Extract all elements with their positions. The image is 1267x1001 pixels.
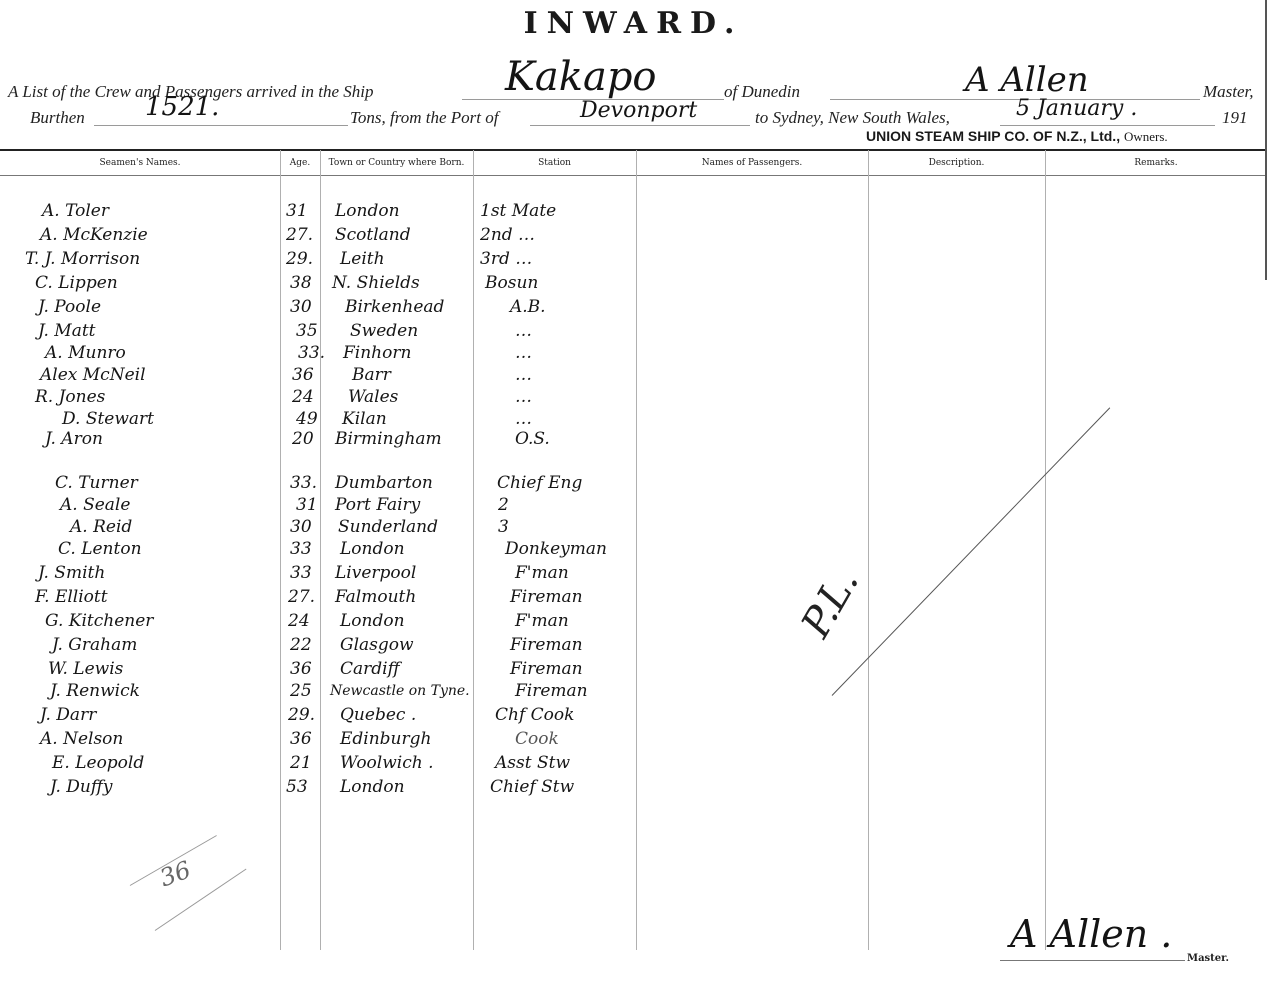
crew-birthplace: Sweden <box>350 320 418 342</box>
crew-birthplace: Glasgow <box>340 634 414 656</box>
crew-birthplace: Woolwich . <box>340 752 434 774</box>
crew-name: A. Munro <box>45 342 126 364</box>
crew-birthplace: Falmouth <box>335 586 416 608</box>
burthen-label: Burthen <box>30 108 85 128</box>
arrival-date-value: 5 January . <box>1016 96 1137 121</box>
crew-name: A. Reid <box>70 516 132 538</box>
footer-master-label: Master. <box>1187 953 1229 964</box>
crew-age: 27. <box>286 224 313 246</box>
crew-station: … <box>515 364 532 386</box>
crew-station: Bosun <box>485 272 538 294</box>
crew-birthplace: Scotland <box>335 224 411 246</box>
crew-name: R. Jones <box>35 386 105 408</box>
crew-name: C. Lenton <box>58 538 142 560</box>
crew-station: Chief Stw <box>490 776 574 798</box>
crew-name: J. Graham <box>52 634 137 656</box>
crew-count-annotation: 36 <box>156 856 194 893</box>
crew-age: 33 <box>290 538 312 560</box>
crew-age: 29. <box>286 248 313 270</box>
crew-name: A. McKenzie <box>40 224 148 246</box>
master-name-value: A Allen <box>965 60 1089 100</box>
burthen-rule <box>94 125 348 126</box>
col-header-born: Town or Country where Born. <box>320 150 473 176</box>
tons-from-port-label: Tons, from the Port of <box>350 108 498 128</box>
crew-birthplace: London <box>340 538 405 560</box>
crew-age: 25 <box>290 680 312 702</box>
crew-birthplace: Finhorn <box>343 342 411 364</box>
crew-name: C. Lippen <box>35 272 118 294</box>
column-divider <box>320 150 321 950</box>
port-rule <box>530 125 750 126</box>
column-divider <box>473 150 474 950</box>
crew-name: A. Toler <box>42 200 109 222</box>
crew-age: 21 <box>290 752 312 774</box>
crew-age: 24 <box>288 610 310 632</box>
crew-station: Chief Eng <box>497 472 582 494</box>
crew-station: F'man <box>515 562 569 584</box>
departure-port-value: Devonport <box>580 98 697 123</box>
crew-birthplace: Birmingham <box>335 428 442 450</box>
col-header-seamen-names: Seamen's Names. <box>0 150 280 176</box>
crew-station: Fireman <box>515 680 588 702</box>
col-header-station: Station <box>473 150 636 176</box>
crew-birthplace: Barr <box>352 364 391 386</box>
owner-company: UNION STEAM SHIP CO. OF N.Z., Ltd., <box>866 128 1120 144</box>
crew-birthplace: Sunderland <box>338 516 438 538</box>
crew-name: J. Darr <box>40 704 96 726</box>
cancellation-stroke <box>832 407 1111 695</box>
column-divider <box>868 150 869 950</box>
document-title: INWARD. <box>0 6 1267 41</box>
crew-name: J. Smith <box>38 562 105 584</box>
year-prefix: 191 <box>1222 108 1248 128</box>
crew-age: 53 <box>286 776 308 798</box>
crew-name: W. Lewis <box>48 658 123 680</box>
col-header-remarks: Remarks. <box>1045 150 1267 176</box>
ship-name-value: Kakapo <box>505 54 657 100</box>
crew-age: 27. <box>288 586 315 608</box>
crew-age: 20 <box>292 428 314 450</box>
crew-station: … <box>515 320 532 342</box>
crew-name: J. Aron <box>45 428 103 450</box>
scrawled-initials: P.L. <box>793 561 868 645</box>
master-signature: A Allen . <box>1010 912 1172 956</box>
crew-birthplace: Birkenhead <box>345 296 444 318</box>
crew-age: 33. <box>290 472 317 494</box>
destination-label: to Sydney, New South Wales, <box>755 108 950 128</box>
crew-name: J. Matt <box>38 320 96 342</box>
crew-name: T. J. Morrison <box>25 248 140 270</box>
crew-station: Fireman <box>510 658 583 680</box>
crew-name: E. Leopold <box>52 752 144 774</box>
home-port-label: of Dunedin <box>724 82 800 102</box>
crew-age: 36 <box>290 658 312 680</box>
crew-birthplace: Edinburgh <box>340 728 431 750</box>
crew-birthplace: Quebec . <box>340 704 416 726</box>
col-header-age: Age. <box>280 150 320 176</box>
crew-station: 3 <box>498 516 509 538</box>
crew-age: 22 <box>290 634 312 656</box>
crew-station: O.S. <box>515 428 550 450</box>
crew-birthplace: Port Fairy <box>335 494 420 516</box>
master-label: Master, <box>1203 82 1254 102</box>
signature-rule <box>1000 960 1185 961</box>
crew-birthplace: Liverpool <box>335 562 416 584</box>
crew-station: Fireman <box>510 586 583 608</box>
crew-birthplace: Leith <box>340 248 385 270</box>
crew-age: 49 <box>296 408 318 430</box>
crew-name: G. Kitchener <box>45 610 153 632</box>
crew-age: 36 <box>290 728 312 750</box>
crew-name: F. Elliott <box>35 586 108 608</box>
crew-age: 36 <box>292 364 314 386</box>
column-divider <box>1045 150 1046 950</box>
col-header-passengers: Names of Passengers. <box>636 150 868 176</box>
date-rule <box>1000 125 1215 126</box>
crew-name: J. Duffy <box>50 776 113 798</box>
crew-station: Asst Stw <box>495 752 570 774</box>
crew-station: 3rd … <box>480 248 532 270</box>
col-header-description: Description. <box>868 150 1045 176</box>
column-divider <box>280 150 281 950</box>
crew-name: Alex McNeil <box>40 364 146 386</box>
crew-name: D. Stewart <box>62 408 154 430</box>
crew-station: Cook <box>515 728 559 750</box>
burthen-value: 1521. <box>145 92 219 122</box>
crew-name: J. Poole <box>38 296 101 318</box>
crew-station: 2 <box>498 494 509 516</box>
owners-line: UNION STEAM SHIP CO. OF N.Z., Ltd., Owne… <box>866 128 1168 145</box>
crew-station: … <box>515 408 532 430</box>
crew-age: 33 <box>290 562 312 584</box>
crew-station: 1st Mate <box>480 200 556 222</box>
crew-birthplace: Cardiff <box>340 658 400 680</box>
crew-station: … <box>515 386 532 408</box>
crew-name: A. Nelson <box>40 728 123 750</box>
crew-age: 31 <box>296 494 318 516</box>
crew-age: 24 <box>292 386 314 408</box>
crew-name: C. Turner <box>55 472 138 494</box>
crew-age: 35 <box>296 320 318 342</box>
crew-age: 30 <box>290 296 312 318</box>
owners-label: Owners. <box>1124 129 1168 144</box>
column-divider <box>636 150 637 950</box>
crew-age: 33. <box>298 342 325 364</box>
crew-age: 31 <box>286 200 308 222</box>
crew-birthplace: Dumbarton <box>335 472 433 494</box>
crew-birthplace: London <box>340 776 405 798</box>
crew-name: A. Seale <box>60 494 130 516</box>
crew-station: Donkeyman <box>505 538 607 560</box>
crew-station: … <box>515 342 532 364</box>
crew-age: 30 <box>290 516 312 538</box>
crew-birthplace: N. Shields <box>332 272 420 294</box>
crew-birthplace: London <box>335 200 400 222</box>
crew-station: F'man <box>515 610 569 632</box>
crew-age: 38 <box>290 272 312 294</box>
crew-name: J. Renwick <box>50 680 140 702</box>
crew-birthplace: Kilan <box>342 408 387 430</box>
crew-birthplace: Wales <box>348 386 398 408</box>
crew-station: Fireman <box>510 634 583 656</box>
crew-birthplace: Newcastle on Tyne. <box>330 680 470 702</box>
crew-station: A.B. <box>510 296 546 318</box>
crew-station: 2nd … <box>480 224 535 246</box>
crew-birthplace: London <box>340 610 405 632</box>
crew-station: Chf Cook <box>495 704 574 726</box>
crew-age: 29. <box>288 704 315 726</box>
